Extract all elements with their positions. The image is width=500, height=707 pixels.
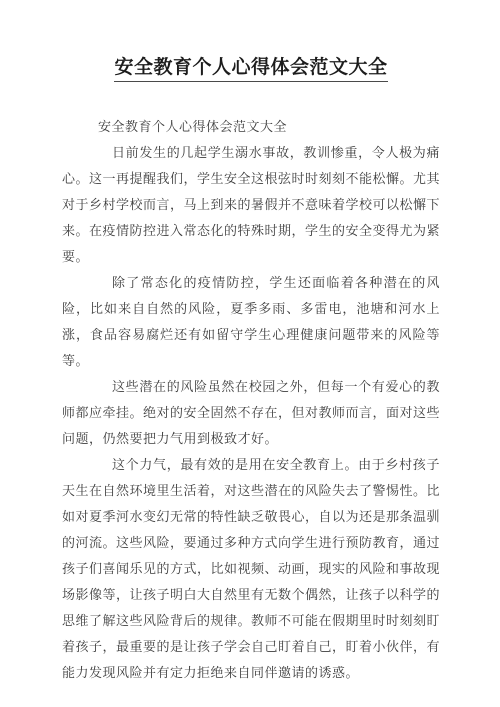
paragraph-4: 这个力气，最有效的是用在安全教育上。由于乡村孩子天生在自然环境里生活着，对这些潜… bbox=[62, 452, 440, 686]
paragraph-2: 除了常态化的疫情防控，学生还面临着各种潜在的风险，比如来自自然的风险，夏季多雨、… bbox=[62, 270, 440, 374]
document-page: 安全教育个人心得体会范文大全 安全教育个人心得体会范文大全 日前发生的几起学生溺… bbox=[0, 0, 500, 707]
document-title: 安全教育个人心得体会范文大全 bbox=[62, 52, 440, 84]
document-body: 安全教育个人心得体会范文大全 日前发生的几起学生溺水事故，教训惨重，令人极为痛心… bbox=[62, 114, 440, 686]
document-subtitle: 安全教育个人心得体会范文大全 bbox=[62, 114, 440, 140]
paragraph-3: 这些潜在的风险虽然在校园之外，但每一个有爱心的教师都应牵挂。绝对的安全固然不存在… bbox=[62, 374, 440, 452]
document-title-text: 安全教育个人心得体会范文大全 bbox=[114, 57, 387, 82]
paragraph-1: 日前发生的几起学生溺水事故，教训惨重，令人极为痛心。这一再提醒我们，学生安全这根… bbox=[62, 140, 440, 270]
